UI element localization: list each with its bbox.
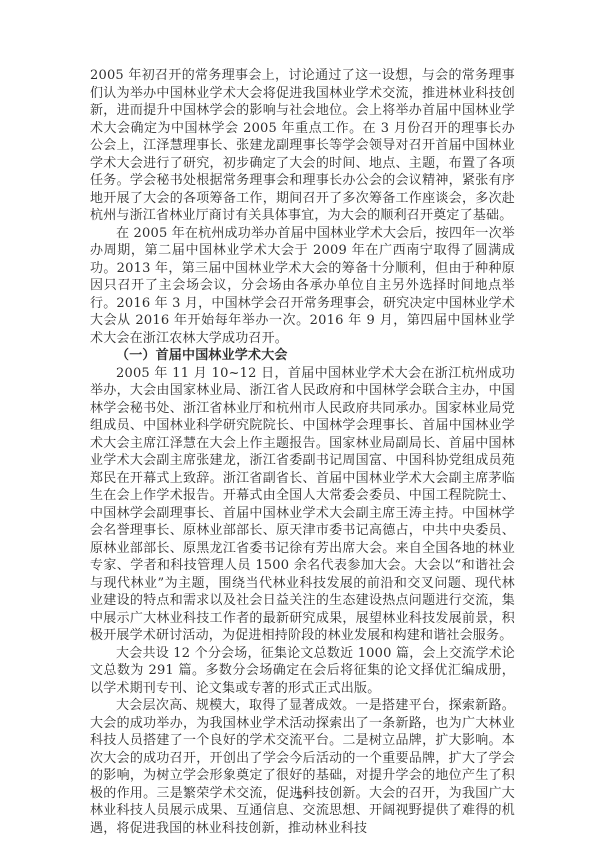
page-number: 57 (90, 790, 515, 802)
page-text-block: 2005 年初召开的常务理事会上，讨论通过了这一设想，与会的常务理事们认为举办中… (90, 67, 515, 837)
section-heading: （一）首届中国林业学术大会 (90, 347, 515, 365)
paragraph: 在 2005 年在杭州成功举办首届中国林业学术大会后，按四年一次举办周期，第二届… (90, 225, 515, 348)
paragraph-continuation: 2005 年初召开的常务理事会上，讨论通过了这一设想，与会的常务理事们认为举办中… (90, 67, 515, 225)
paragraph: 大会共设 12 个分会场，征集论文总数近 1000 篇，会上交流学术论文总数为 … (90, 645, 515, 698)
paragraph: 大会层次高、规模大，取得了显著成效。一是搭建平台，探索新路。大会的成功举办，为我… (90, 697, 515, 837)
paragraph: 2005 年 11 月 10~12 日，首届中国林业学术大会在浙江杭州成功举办，… (90, 365, 515, 645)
document-page: 2005 年初召开的常务理事会上，讨论通过了这一设想，与会的常务理事们认为举办中… (0, 0, 600, 848)
